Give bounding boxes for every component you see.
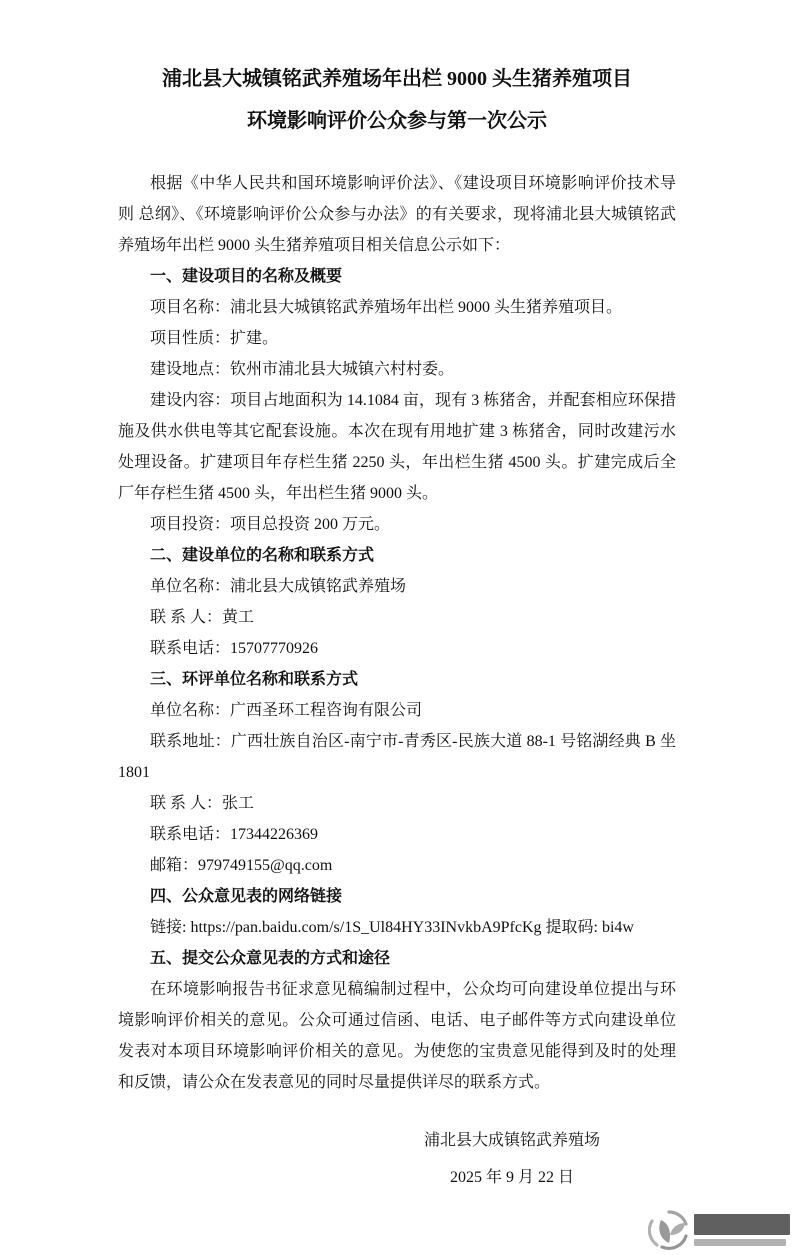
section-2-paragraph: 单位名称：浦北县大成镇铭武养殖场	[118, 571, 676, 602]
logo-text-bar-dark	[694, 1214, 790, 1235]
document-content: 浦北县大城镇铭武养殖场年出栏 9000 头生猪养殖项目 环境影响评价公众参与第一…	[118, 0, 676, 1196]
logo-text-block	[694, 1214, 794, 1246]
section-2-paragraph: 联 系 人：黄工	[118, 602, 676, 633]
signature-date: 2025 年 9 月 22 日	[348, 1159, 676, 1196]
logo-text-bar-light	[694, 1239, 786, 1246]
leaf-logo-icon	[648, 1209, 690, 1251]
section-3-paragraph: 邮箱：979749155@qq.com	[118, 850, 676, 881]
section-4-link-paragraph: 链接: https://pan.baidu.com/s/1S_Ul84HY33I…	[118, 912, 676, 943]
section-3-paragraph: 联系电话：17344226369	[118, 819, 676, 850]
section-1-paragraph: 建设内容：项目占地面积为 14.1084 亩，现有 3 栋猪舍，并配套相应环保措…	[118, 385, 676, 509]
title-line-1: 浦北县大城镇铭武养殖场年出栏 9000 头生猪养殖项目	[118, 58, 676, 100]
section-1-paragraph: 建设地点：钦州市浦北县大城镇六村村委。	[118, 354, 676, 385]
section-1-paragraph: 项目名称：浦北县大城镇铭武养殖场年出栏 9000 头生猪养殖项目。	[118, 292, 676, 323]
signature-company: 浦北县大成镇铭武养殖场	[348, 1122, 676, 1159]
section-1-paragraph: 项目投资：项目总投资 200 万元。	[118, 509, 676, 540]
section-3-heading: 三、环评单位名称和联系方式	[118, 664, 676, 695]
document-page: 浦北县大城镇铭武养殖场年出栏 9000 头生猪养殖项目 环境影响评价公众参与第一…	[0, 0, 794, 1255]
section-1-heading: 一、建设项目的名称及概要	[118, 261, 676, 292]
document-body: 根据《中华人民共和国环境影响评价法》、《建设项目环境影响评价技术导则 总纲》、《…	[118, 168, 676, 1098]
section-4-heading: 四、公众意见表的网络链接	[118, 881, 676, 912]
company-logo-watermark	[648, 1206, 794, 1254]
section-3-paragraph: 单位名称：广西圣环工程咨询有限公司	[118, 695, 676, 726]
section-2-heading: 二、建设单位的名称和联系方式	[118, 540, 676, 571]
section-5-paragraph: 在环境影响报告书征求意见稿编制过程中，公众均可向建设单位提出与环境影响评价相关的…	[118, 974, 676, 1098]
section-1-paragraph: 项目性质：扩建。	[118, 323, 676, 354]
title-line-2: 环境影响评价公众参与第一次公示	[118, 100, 676, 142]
section-5-heading: 五、提交公众意见表的方式和途径	[118, 943, 676, 974]
section-2-paragraph: 联系电话：15707770926	[118, 633, 676, 664]
document-title: 浦北县大城镇铭武养殖场年出栏 9000 头生猪养殖项目 环境影响评价公众参与第一…	[118, 58, 676, 142]
intro-paragraph: 根据《中华人民共和国环境影响评价法》、《建设项目环境影响评价技术导则 总纲》、《…	[118, 168, 676, 261]
section-3-paragraph: 联系地址：广西壮族自治区-南宁市-青秀区-民族大道 88-1 号铭湖经典 B 坐…	[118, 726, 676, 788]
signature-block: 浦北县大成镇铭武养殖场 2025 年 9 月 22 日	[348, 1122, 676, 1196]
section-3-paragraph: 联 系 人：张工	[118, 788, 676, 819]
